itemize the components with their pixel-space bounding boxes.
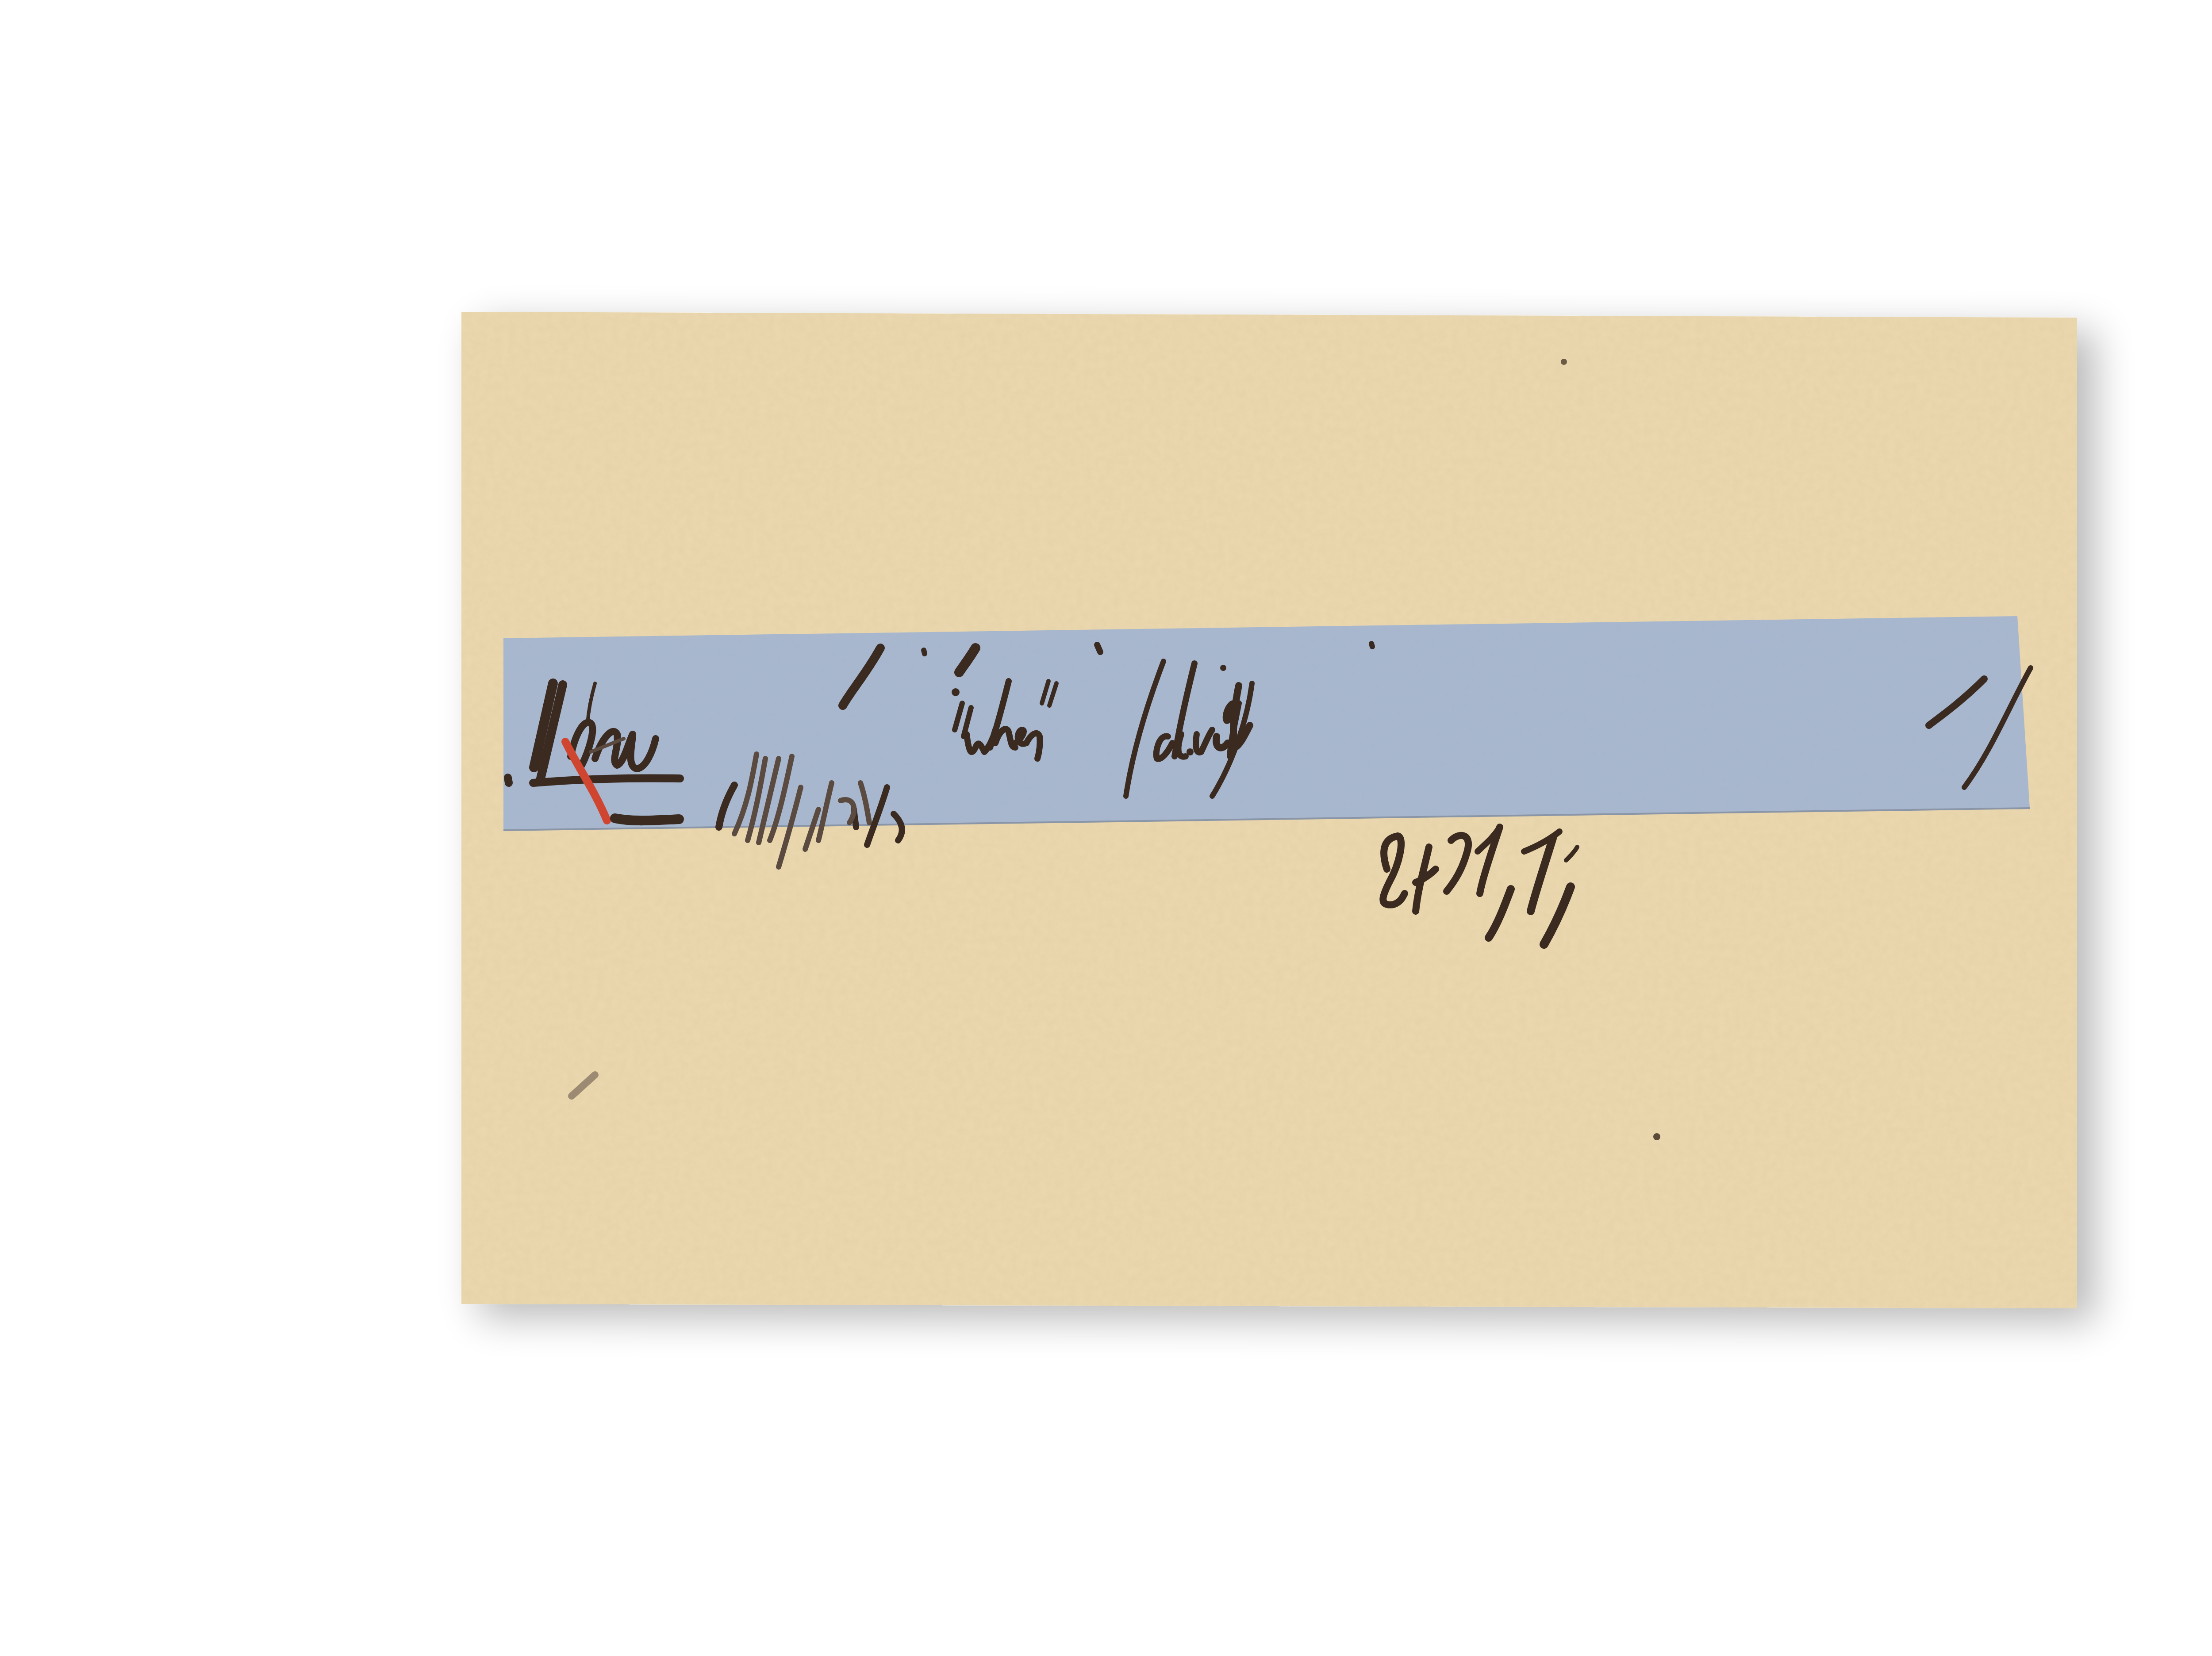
photo-scene <box>0 0 2212 1656</box>
ink-blot-left <box>508 778 509 783</box>
card-speck <box>1653 1133 1660 1140</box>
card-speck <box>1561 359 1567 365</box>
blue-slip <box>503 616 2030 830</box>
